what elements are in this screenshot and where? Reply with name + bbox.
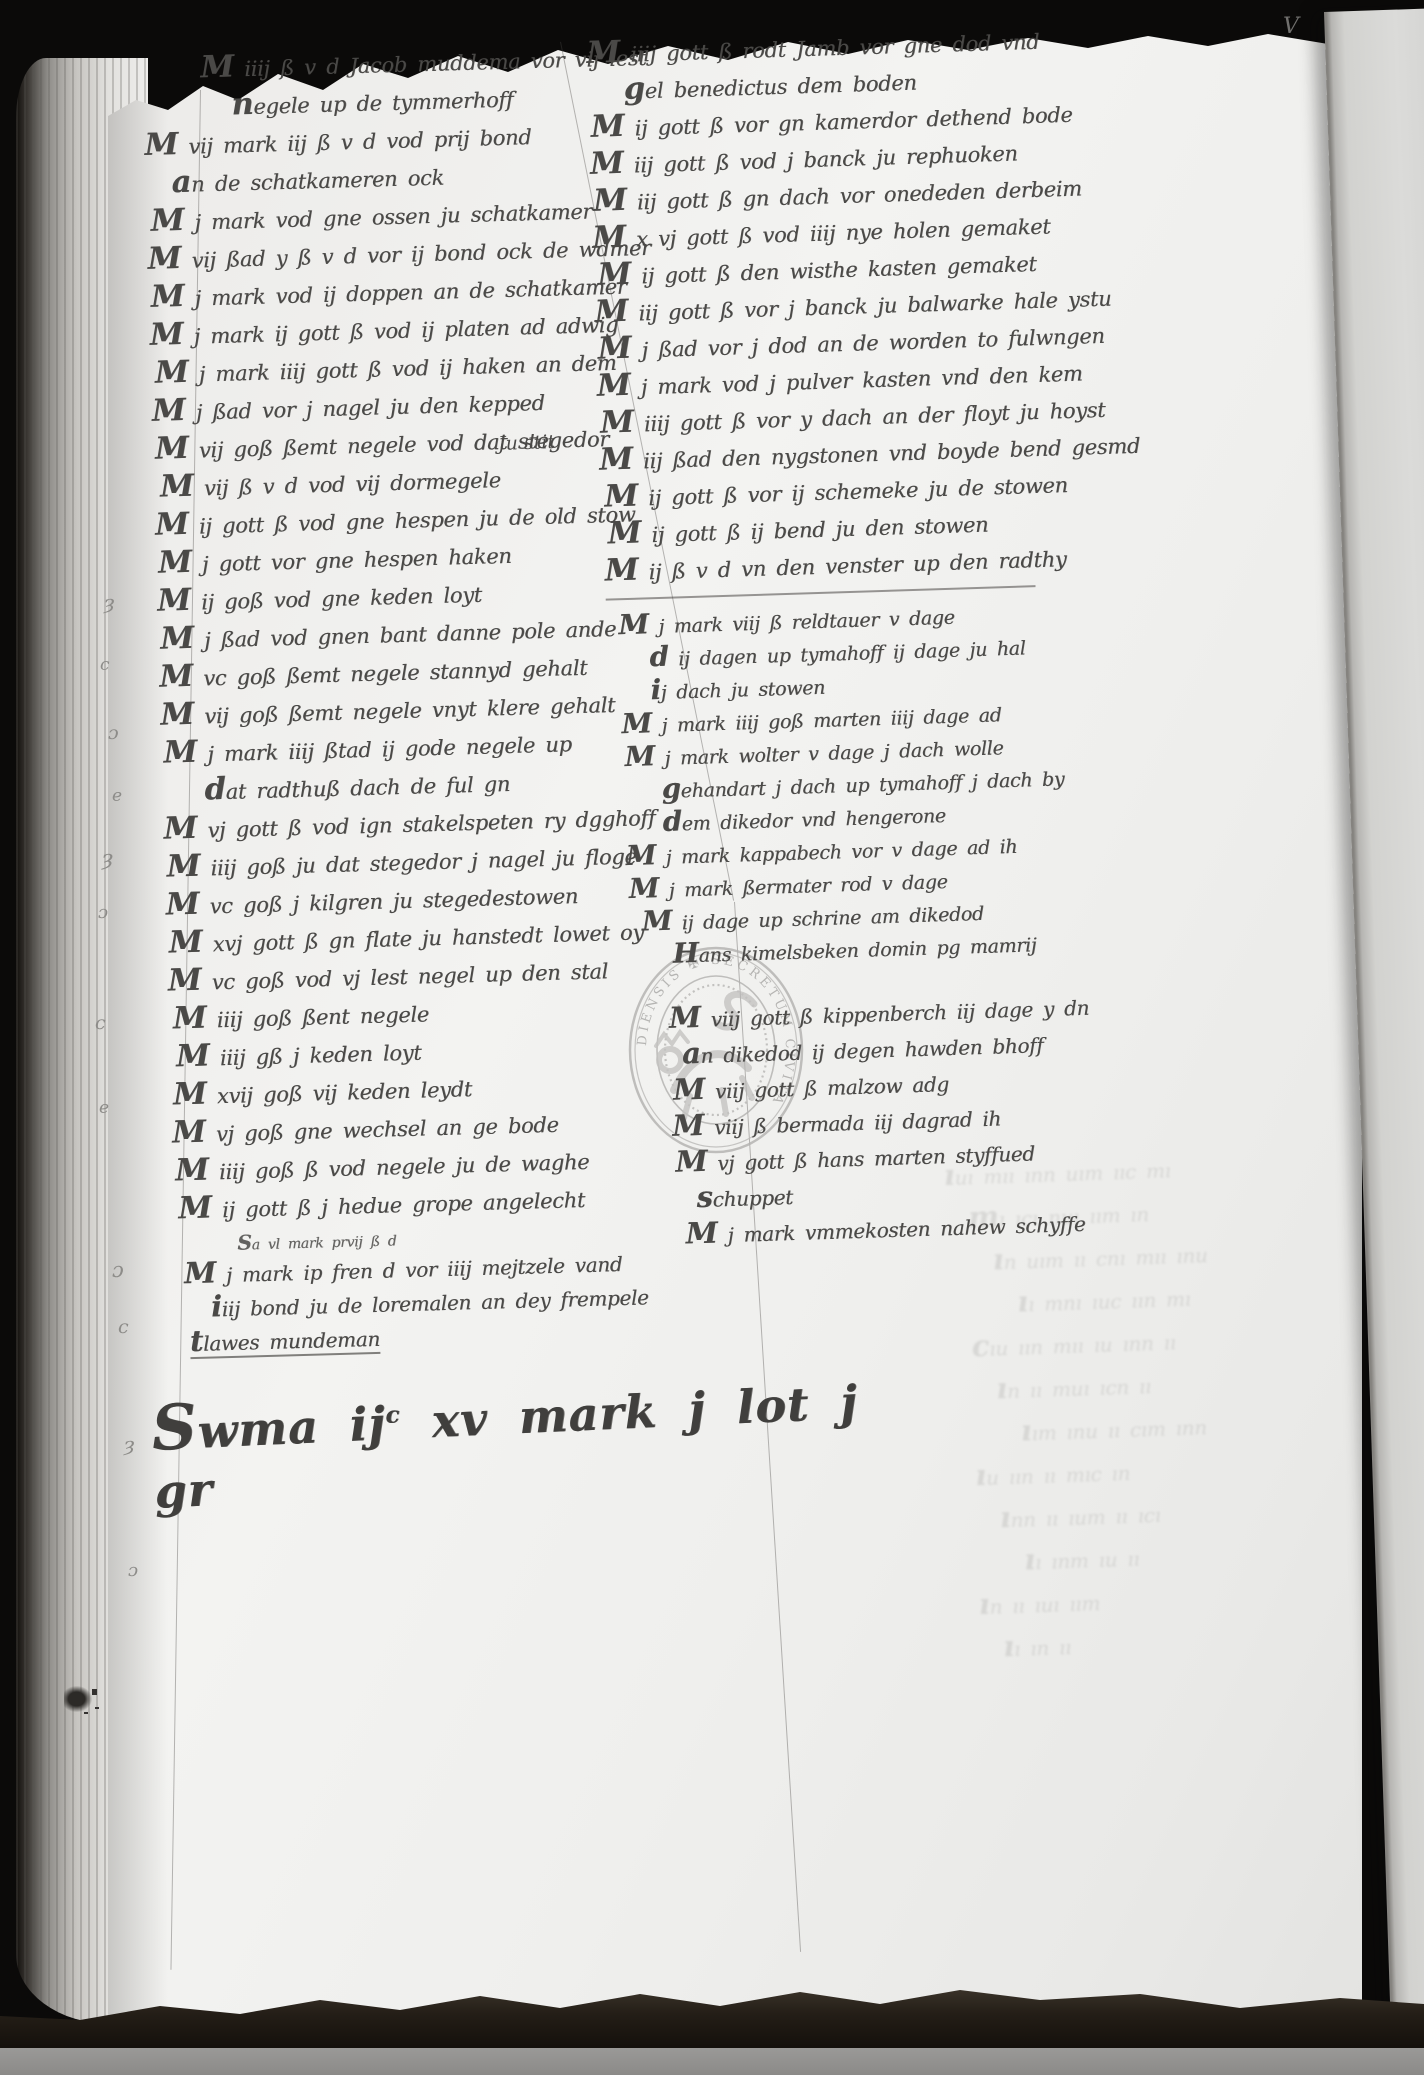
margin-curl-mark: e xyxy=(112,786,122,806)
margin-curl-mark: ȝ xyxy=(102,846,113,870)
right-entries-block-3: M viij gott ß kippenberch iij dage y dna… xyxy=(668,978,1424,1253)
margin-curl-mark: ɔ xyxy=(128,1560,138,1581)
summa-superscript: c xyxy=(385,1401,401,1429)
shelf-background-strip xyxy=(0,2048,1424,2075)
margin-curl-mark: ȝ xyxy=(124,1432,134,1456)
margin-curl-mark: c xyxy=(100,655,110,675)
margin-curl-mark: ɔ xyxy=(108,722,119,744)
margin-curl-mark: c xyxy=(118,1316,129,1338)
right-entries-block-2: M j mark viij ß reldtauer v daged ij dag… xyxy=(618,586,1415,974)
manuscript-scan: { "page": { "folio_mark": "V", "colors":… xyxy=(0,0,1424,2075)
right-entries-block-1: M iiij gott ß rodt Jamb vor gne dod vndg… xyxy=(586,11,1403,591)
margin-curl-mark: e xyxy=(99,1098,109,1118)
summa-prefix: Swma ij xyxy=(151,1396,387,1461)
inline-note: Ju stit xyxy=(498,431,556,455)
margin-curl-mark: c xyxy=(95,1012,106,1034)
ink-blot xyxy=(64,1686,92,1712)
right-entry-column: M iiij gott ß rodt Jamb vor gne dod vndg… xyxy=(586,11,1424,1256)
folio-mark: V xyxy=(1283,14,1299,39)
margin-curl-mark: ɔ xyxy=(98,902,108,923)
margin-curl-mark: ȝ xyxy=(104,590,114,614)
margin-curl-mark: ɔ xyxy=(112,1258,124,1282)
